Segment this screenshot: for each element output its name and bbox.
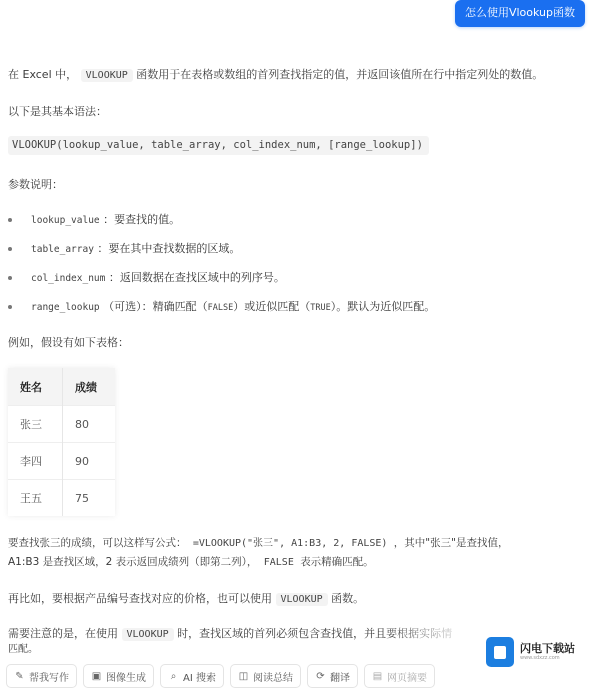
- example-table: 姓名 成绩 张三 80 李四 90 王五 75: [8, 368, 115, 516]
- bullet-dot-icon: [8, 276, 12, 280]
- inline-code-true: TRUE: [310, 303, 330, 313]
- cube-icon: [494, 646, 506, 659]
- tool-label: 阅读总结: [253, 669, 293, 684]
- inline-code-vlookup: VLOOKUP: [122, 628, 174, 641]
- example-intro: 例如，假设有如下表格：: [8, 335, 129, 351]
- inline-code-false: FALSE: [261, 557, 297, 568]
- param-desc: ）。默认为近似匹配。: [331, 300, 436, 313]
- param-desc: ：要在其中查找数据的区域。: [97, 242, 240, 255]
- table-header-row: 姓名 成绩: [8, 368, 115, 406]
- tool-label: 帮我写作: [29, 669, 69, 684]
- inline-code-vlookup: VLOOKUP: [81, 69, 133, 82]
- tool-label: 图像生成: [106, 669, 146, 684]
- pen-icon: ✎: [14, 671, 25, 682]
- param-desc: ：精确匹配（: [142, 300, 208, 313]
- param-optional: （可选）: [103, 300, 142, 313]
- book-icon: ◫: [238, 671, 249, 682]
- intro-paragraph: 在 Excel 中， VLOOKUP 函数用于在表格或数组的首列查找指定的值，并…: [8, 67, 543, 84]
- help-write-button[interactable]: ✎ 帮我写作: [6, 664, 77, 688]
- example-text-line2: A1:B3 是查找区域，2 表示返回成绩列（即第二列）， FALSE 表示精确匹…: [8, 554, 374, 571]
- syntax-intro: 以下是其基本语法：: [8, 104, 107, 120]
- example-text-line1: 要查找张三的成绩，可以这样写公式： =VLOOKUP("张三", A1:B3, …: [8, 535, 508, 552]
- table-row: 李四 90: [8, 443, 115, 480]
- table-row: 张三 80: [8, 406, 115, 443]
- param-name: range_lookup: [31, 302, 100, 313]
- param-desc: ：返回数据在查找区域中的列序号。: [109, 271, 285, 284]
- intro-suffix: 函数用于在表格或数组的首列查找指定的值，并返回该值所在行中指定列处的数值。: [136, 68, 543, 81]
- watermark-title: 闪电下载站: [520, 642, 575, 655]
- bullet-dot-icon: [8, 305, 12, 309]
- bullet-dot-icon: [8, 218, 12, 222]
- table-cell: 90: [63, 443, 116, 480]
- inline-code-formula: =VLOOKUP("张三", A1:B3, 2, FALSE): [190, 538, 391, 549]
- inline-code-false: FALSE: [208, 303, 234, 313]
- syntax-code-block: VLOOKUP(lookup_value, table_array, col_i…: [8, 136, 429, 155]
- param-name: col_index_num: [31, 273, 105, 284]
- tool-label: AI 搜索: [183, 669, 216, 684]
- translate-button[interactable]: ⟳ 翻译: [307, 664, 358, 688]
- param-desc: ）或近似匹配（: [233, 300, 310, 313]
- example-text: A1:B3 是查找区域，2 表示返回成绩列（即第二列），: [8, 556, 257, 568]
- table-cell: 75: [63, 480, 116, 517]
- table-cell: 张三: [8, 406, 63, 443]
- inline-code-vlookup: VLOOKUP: [276, 593, 328, 606]
- table-row: 王五 75: [8, 480, 115, 517]
- search-icon: ⌕: [168, 671, 179, 682]
- table-cell: 李四: [8, 443, 63, 480]
- param-desc: ：要查找的值。: [103, 213, 180, 226]
- site-watermark: 闪电下载站 www.sdxzz.com: [486, 632, 596, 672]
- read-summary-button[interactable]: ◫ 阅读总结: [230, 664, 301, 688]
- another-example: 再比如，要根据产品编号查找对应的价格，也可以使用 VLOOKUP 函数。: [8, 591, 364, 608]
- bullet-dot-icon: [8, 247, 12, 251]
- image-generate-button[interactable]: ▣ 图像生成: [83, 664, 154, 688]
- param-name: lookup_value: [31, 215, 100, 226]
- watermark-logo-icon: [486, 637, 514, 667]
- image-icon: ▣: [91, 671, 102, 682]
- ai-search-button[interactable]: ⌕ AI 搜索: [160, 664, 224, 688]
- user-message-bubble: 怎么使用Vlookup函数: [455, 0, 585, 27]
- param-name: table_array: [31, 244, 94, 255]
- example-text: 再比如，要根据产品编号查找对应的价格，也可以使用: [8, 592, 272, 605]
- table-cell: 王五: [8, 480, 63, 517]
- example-text: 函数。: [331, 592, 364, 605]
- quick-actions-toolbar: ✎ 帮我写作 ▣ 图像生成 ⌕ AI 搜索 ◫ 阅读总结 ⟳ 翻译 ▤ 网页摘要: [6, 664, 435, 688]
- intro-prefix: 在 Excel 中，: [8, 68, 77, 81]
- table-header-score: 成绩: [63, 368, 116, 406]
- table-cell: 80: [63, 406, 116, 443]
- example-text: 表示精确匹配。: [300, 556, 374, 568]
- table-header-name: 姓名: [8, 368, 63, 406]
- watermark-url: www.sdxzz.com: [520, 655, 575, 662]
- tool-label: 网页摘要: [387, 669, 427, 684]
- tool-label: 翻译: [330, 669, 350, 684]
- document-icon: ▤: [372, 671, 383, 682]
- example-text: ，其中"张三"是查找值，: [394, 537, 509, 549]
- note-line2: 匹配。: [8, 642, 38, 658]
- translate-icon: ⟳: [315, 671, 326, 682]
- page-summary-button[interactable]: ▤ 网页摘要: [364, 664, 435, 688]
- params-title: 参数说明：: [8, 177, 63, 193]
- example-text: 要查找张三的成绩，可以这样写公式：: [8, 537, 187, 549]
- note-text: 需要注意的是，在使用: [8, 627, 118, 640]
